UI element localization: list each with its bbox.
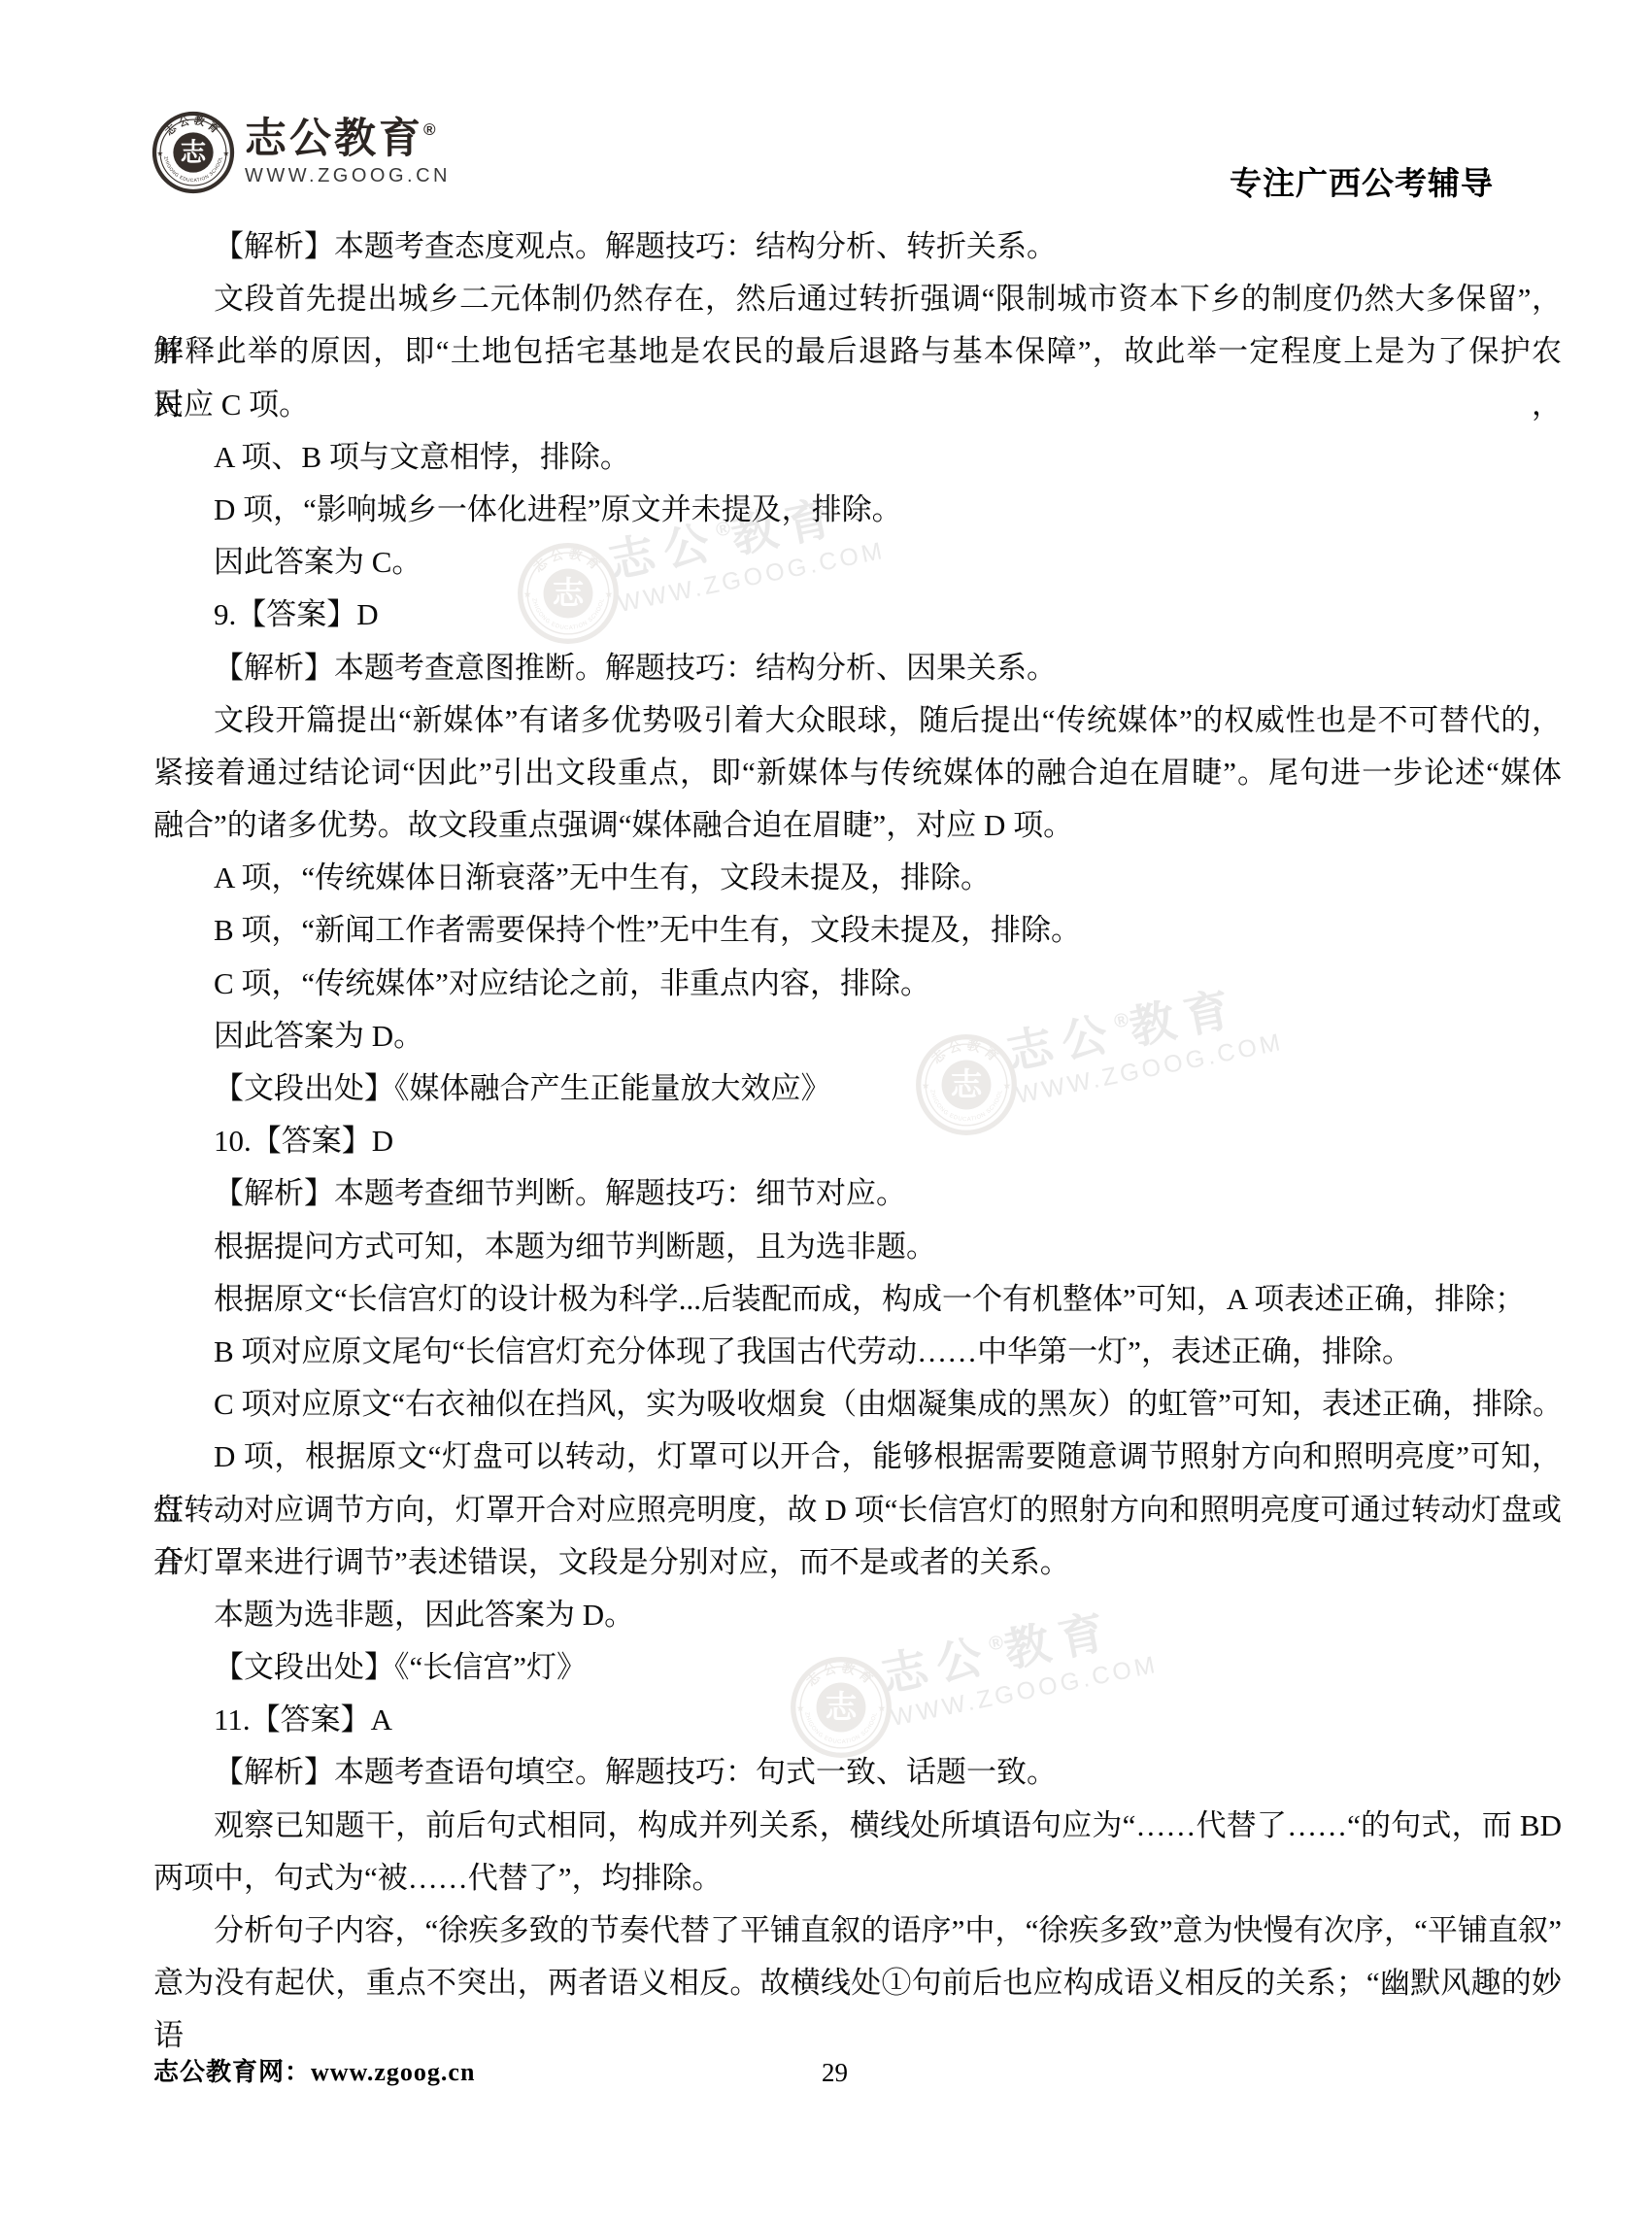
document-line: A 项，“传统媒体日渐衰落”无中生有，文段未提及，排除。 [153, 852, 1562, 904]
document-line: 【文段出处】《“长信宫”灯》 [153, 1641, 1562, 1694]
document-line: 本题为选非题，因此答案为 D。 [153, 1589, 1562, 1641]
document-line: 【解析】本题考查态度观点。解题技巧：结构分析、转折关系。 [153, 220, 1562, 273]
document-line: 因此答案为 D。 [153, 1010, 1562, 1062]
document-line: 10.【答案】D [153, 1115, 1562, 1167]
document-line: 根据原文“长信宫灯的设计极为科学...后装配而成，构成一个有机整体”可知，A 项… [153, 1273, 1562, 1326]
document-line: 盘转动对应调节方向，灯罩开合对应照亮明度，故 D 项“长信宫灯的照射方向和照明亮… [153, 1484, 1562, 1536]
document-line: C 项，“传统媒体”对应结论之前，非重点内容，排除。 [153, 958, 1562, 1010]
document-line: 因此答案为 C。 [153, 536, 1562, 589]
document-line: C 项对应原文“右衣袖似在挡风，实为吸收烟炱（由烟凝集成的黑灰）的虹管”可知，表… [153, 1378, 1562, 1431]
document-line: 文段开篇提出“新媒体”有诸多优势吸引着大众眼球，随后提出“传统媒体”的权威性也是… [153, 694, 1562, 747]
document-line: 9.【答案】D [153, 589, 1562, 641]
header-logo: 志公教育® WWW.ZGOOG.CN [152, 111, 451, 194]
header-tagline: 专注广西公考辅导 [1230, 158, 1494, 204]
document-line: A 项、B 项与文意相悖，排除。 [153, 431, 1562, 484]
document-line: 融合”的诸多优势。故文段重点强调“媒体融合迫在眉睫”，对应 D 项。 [153, 799, 1562, 852]
document-line: D 项，“影响城乡一体化进程”原文并未提及，排除。 [153, 484, 1562, 536]
document-lines: 【解析】本题考查态度观点。解题技巧：结构分析、转折关系。文段首先提出城乡二元体制… [153, 220, 1562, 2009]
document-line: 【解析】本题考查细节判断。解题技巧：细节对应。 [153, 1167, 1562, 1220]
document-page: 志公教育 ZHIGONG EDUCATION SCHOOL ★ ★ 志 志公教育… [0, 0, 1652, 2225]
document-line: 意为没有起伏，重点不突出，两者语义相反。故横线处①句前后也应构成语义相反的关系；… [153, 1957, 1562, 2009]
page-number: 29 [822, 2051, 848, 2094]
document-line: B 项，“新闻工作者需要保持个性”无中生有，文段未提及，排除。 [153, 904, 1562, 957]
registered-mark: ® [423, 120, 436, 139]
document-line: D 项，根据原文“灯盘可以转动，灯罩可以开合，能够根据需要随意调节照射方向和照明… [153, 1431, 1562, 1483]
document-line: 根据提问方式可知，本题为细节判断题，且为选非题。 [153, 1221, 1562, 1273]
document-line: 【文段出处】《媒体融合产生正能量放大效应》 [153, 1062, 1562, 1115]
brand-block: 志公教育® WWW.ZGOOG.CN [245, 111, 451, 187]
document-line: 合灯罩来进行调节”表述错误，文段是分别对应，而不是或者的关系。 [153, 1536, 1562, 1589]
brand-url: WWW.ZGOOG.CN [245, 165, 451, 187]
footer-site-link: 志公教育网：www.zgoog.cn [153, 2051, 475, 2094]
zhigong-seal-icon [152, 111, 235, 194]
document-line: 解释此举的原因，即“土地包括宅基地是农民的最后退路与基本保障”，故此举一定程度上… [153, 325, 1562, 378]
brand-name: 志公教育® [245, 117, 451, 162]
document-line: 【解析】本题考查意图推断。解题技巧：结构分析、因果关系。 [153, 642, 1562, 694]
document-line: 观察已知题干，前后句式相同，构成并列关系，横线处所填语句应为“……代替了……“的… [153, 1800, 1562, 1852]
document-line: B 项对应原文尾句“长信宫灯充分体现了我国古代劳动……中华第一灯”，表述正确，排… [153, 1326, 1562, 1378]
document-line: 紧接着通过结论词“因此”引出文段重点，即“新媒体与传统媒体的融合迫在眉睫”。尾句… [153, 747, 1562, 799]
document-line: 文段首先提出城乡二元体制仍然存在，然后通过转折强调“限制城市资本下乡的制度仍然大… [153, 273, 1562, 325]
document-line: 两项中，句式为“被……代替了”，均排除。 [153, 1852, 1562, 1905]
document-line: 【解析】本题考查语句填空。解题技巧：句式一致、话题一致。 [153, 1746, 1562, 1799]
document-line: 分析句子内容，“徐疾多致的节奏代替了平铺直叙的语序”中，“徐疾多致”意为快慢有次… [153, 1905, 1562, 1957]
document-line: 11.【答案】A [153, 1694, 1562, 1746]
